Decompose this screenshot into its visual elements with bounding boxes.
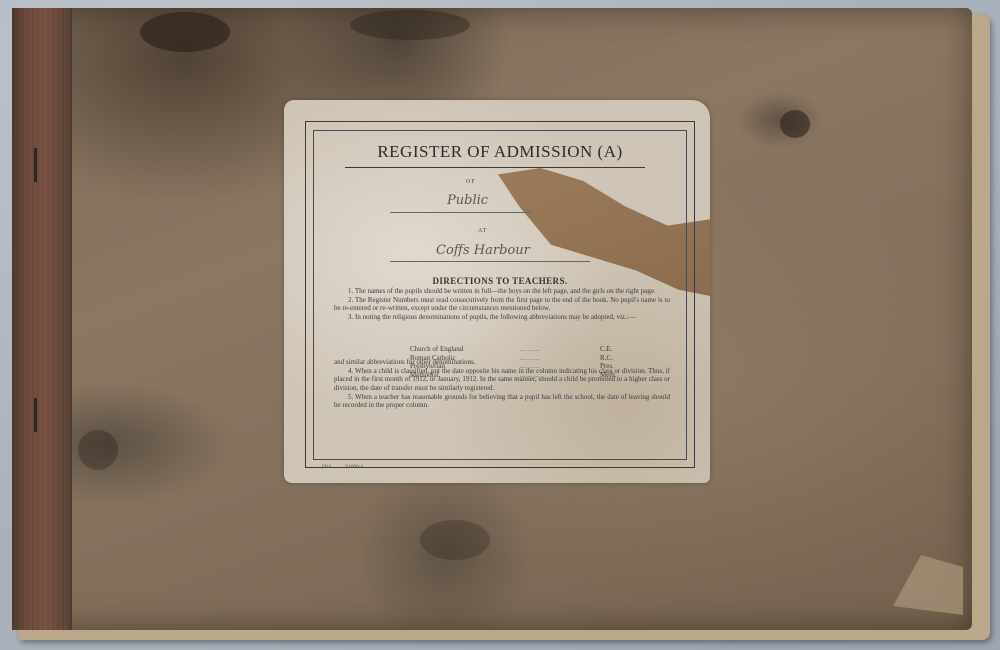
stain	[420, 520, 490, 560]
school-type-handwritten: Public	[447, 193, 488, 208]
stain	[140, 12, 230, 52]
abbreviation-row: Methodist ... ... ... Meth.	[410, 371, 617, 380]
direction-item: 5. When a teacher has reasonable grounds…	[334, 393, 670, 410]
stain	[350, 10, 470, 40]
title-underline	[345, 167, 645, 168]
school-type-line	[390, 212, 530, 213]
abbreviation-row: Presbyterian ... ... ... Pres.	[410, 362, 617, 371]
footer-year: 1911	[321, 464, 332, 470]
direction-item: 3. In noting the religious denominations…	[334, 313, 670, 322]
direction-item: 1. The names of the pupils should be wri…	[334, 287, 670, 296]
abbreviation-row: Church of England ... ... ... C.E.	[410, 345, 617, 354]
abbreviation-list: Church of England ... ... ... C.E. Roman…	[410, 345, 617, 379]
location-line	[390, 261, 590, 262]
footer-code: S1000-1	[345, 464, 364, 470]
binding-stitch	[34, 398, 37, 432]
stain	[78, 430, 118, 470]
abbreviation-row: Roman Catholic ... ... ... R.C.	[410, 354, 617, 363]
location-handwritten: Coffs Harbour	[436, 243, 530, 258]
register-title: REGISTER OF ADMISSION (A)	[300, 142, 700, 162]
binding-stitch	[34, 148, 37, 182]
direction-item: 2. The Register Numbers must read consec…	[334, 296, 670, 313]
stain	[780, 110, 810, 138]
at-label: AT	[478, 228, 487, 234]
of-label: OF	[466, 179, 476, 185]
book-spine	[12, 8, 72, 630]
directions-title: DIRECTIONS TO TEACHERS.	[300, 276, 700, 286]
